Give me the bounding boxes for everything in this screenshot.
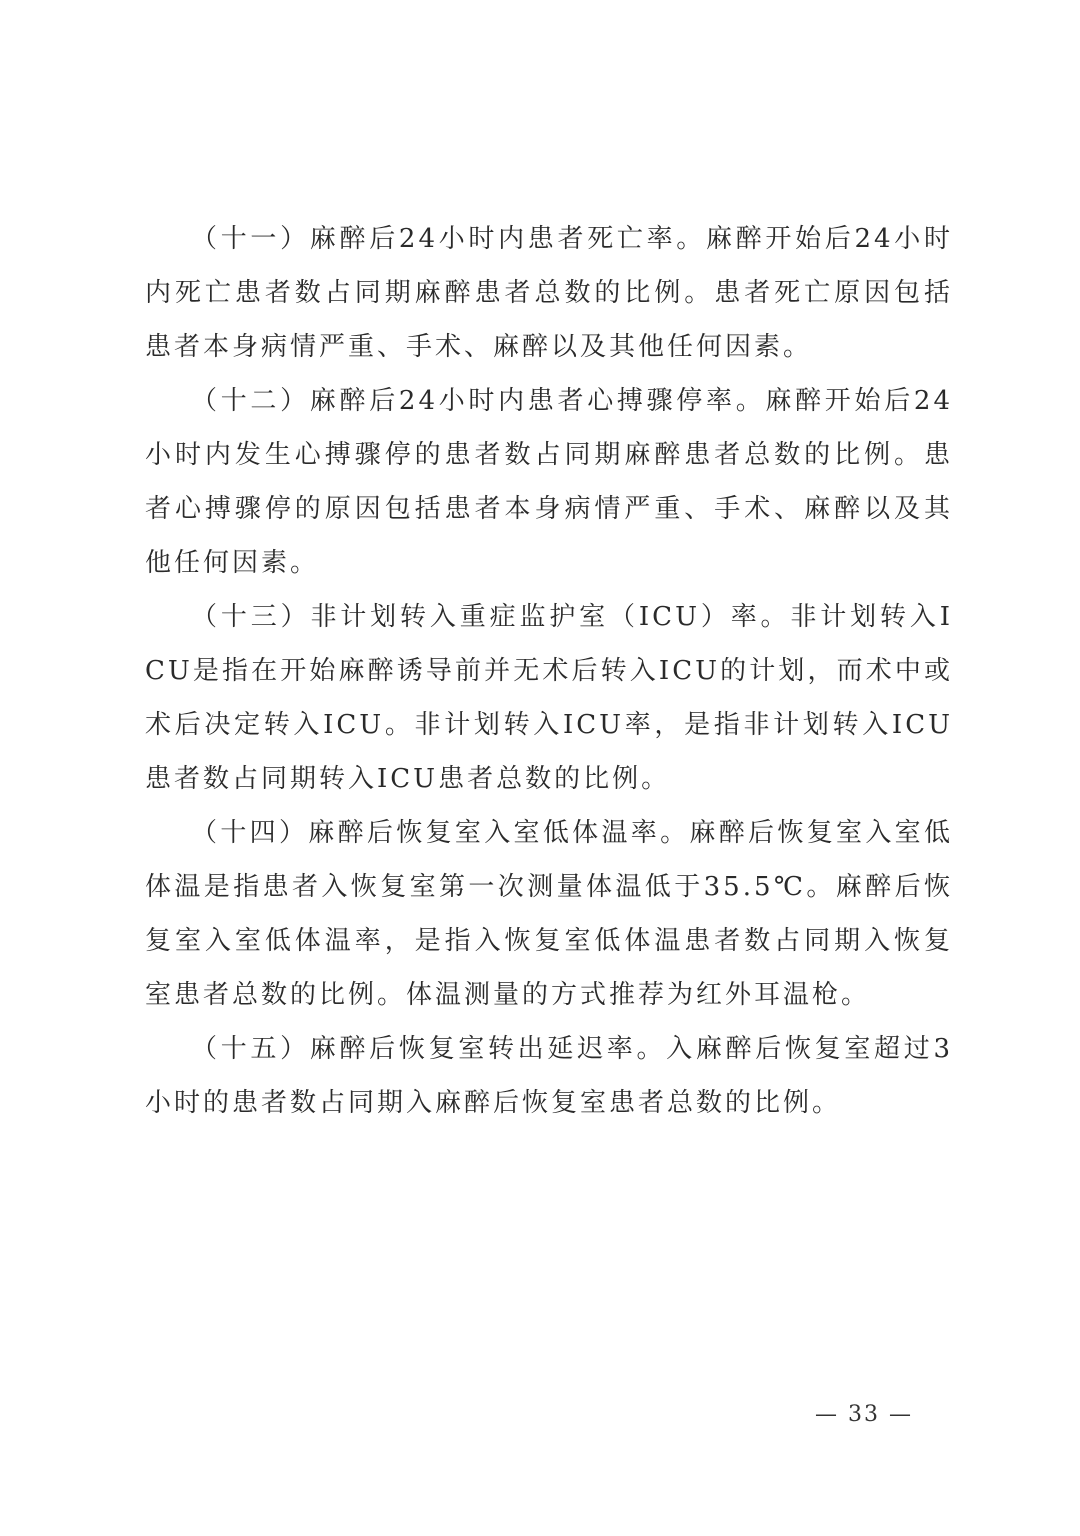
paragraph-13-title: （十三）非计划转入重症监护室（ICU）率。 <box>191 602 790 632</box>
paragraph-15: （十五）麻醉后恢复室转出延迟率。入麻醉后恢复室超过3小时的患者数占同期入麻醉后恢… <box>145 1022 953 1130</box>
paragraph-12-title: （十二）麻醉后24小时内患者心搏骤停率。 <box>191 386 765 416</box>
paragraph-11-title: （十一）麻醉后24小时内患者死亡率。 <box>191 224 706 254</box>
document-body: （十一）麻醉后24小时内患者死亡率。麻醉开始后24小时内死亡患者数占同期麻醉患者… <box>145 212 953 1130</box>
paragraph-11: （十一）麻醉后24小时内患者死亡率。麻醉开始后24小时内死亡患者数占同期麻醉患者… <box>145 212 953 374</box>
page-number: — 33 — <box>815 1402 913 1427</box>
paragraph-12: （十二）麻醉后24小时内患者心搏骤停率。麻醉开始后24小时内发生心搏骤停的患者数… <box>145 374 953 590</box>
document-page: （十一）麻醉后24小时内患者死亡率。麻醉开始后24小时内死亡患者数占同期麻醉患者… <box>0 0 1080 1536</box>
paragraph-14-title: （十四）麻醉后恢复室入室低体温率。 <box>191 818 689 848</box>
paragraph-14: （十四）麻醉后恢复室入室低体温率。麻醉后恢复室入室低体温是指患者入恢复室第一次测… <box>145 806 953 1022</box>
paragraph-13: （十三）非计划转入重症监护室（ICU）率。非计划转入ICU是指在开始麻醉诱导前并… <box>145 590 953 806</box>
paragraph-15-title: （十五）麻醉后恢复室转出延迟率。 <box>191 1034 666 1064</box>
